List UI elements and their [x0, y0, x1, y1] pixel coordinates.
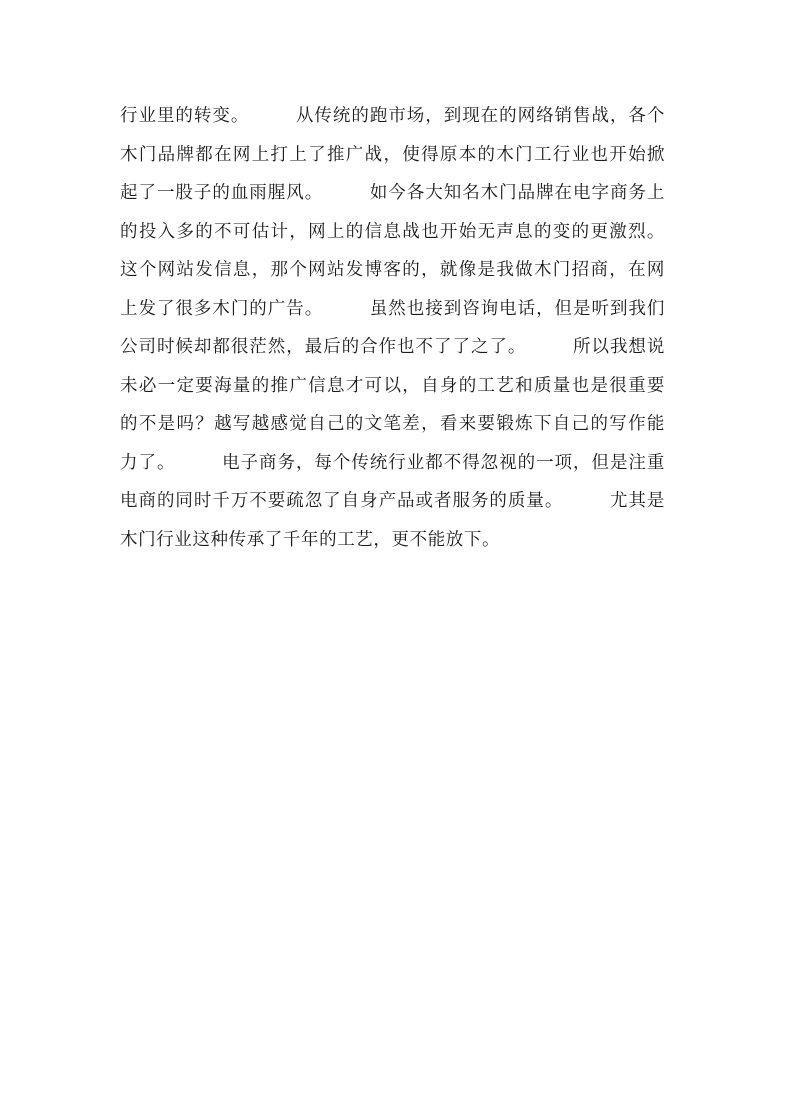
text-line-5: 这个网站发信息，那个网站发博客的，就像是我做木门招商，在网	[120, 255, 665, 294]
text-line-12: 木门行业这种传承了千年的工艺，更不能放下。	[120, 525, 665, 564]
text-line-8: 未必一定要海量的推广信息才可以，自身的工艺和质量也是很重要	[120, 371, 665, 410]
text-line-11: 电商的同时千万不要疏忽了自身产品或者服务的质量。 尤其是	[120, 486, 665, 525]
text-line-9: 的不是吗？越写越感觉自己的文笔差，看来要锻炼下自己的写作能	[120, 409, 665, 448]
text-line-1: 行业里的转变。 从传统的跑市场，到现在的网络销售战，各个	[120, 101, 665, 140]
body-text: 行业里的转变。 从传统的跑市场，到现在的网络销售战，各个 木门品牌都在网上打上了…	[120, 101, 665, 563]
text-line-6: 上发了很多木门的广告。 虽然也接到咨询电话，但是听到我们	[120, 294, 665, 333]
text-line-10: 力了。 电子商务，每个传统行业都不得忽视的一项，但是注重	[120, 448, 665, 487]
text-line-7: 公司时候却都很茫然，最后的合作也不了了之了。 所以我想说	[120, 332, 665, 371]
text-line-2: 木门品牌都在网上打上了推广战，使得原本的木门工行业也开始掀	[120, 140, 665, 179]
document-page: 行业里的转变。 从传统的跑市场，到现在的网络销售战，各个 木门品牌都在网上打上了…	[0, 0, 792, 1120]
text-line-4: 的投入多的不可估计，网上的信息战也开始无声息的变的更激烈。	[120, 217, 665, 256]
text-line-3: 起了一股子的血雨腥风。 如今各大知名木门品牌在电字商务上	[120, 178, 665, 217]
